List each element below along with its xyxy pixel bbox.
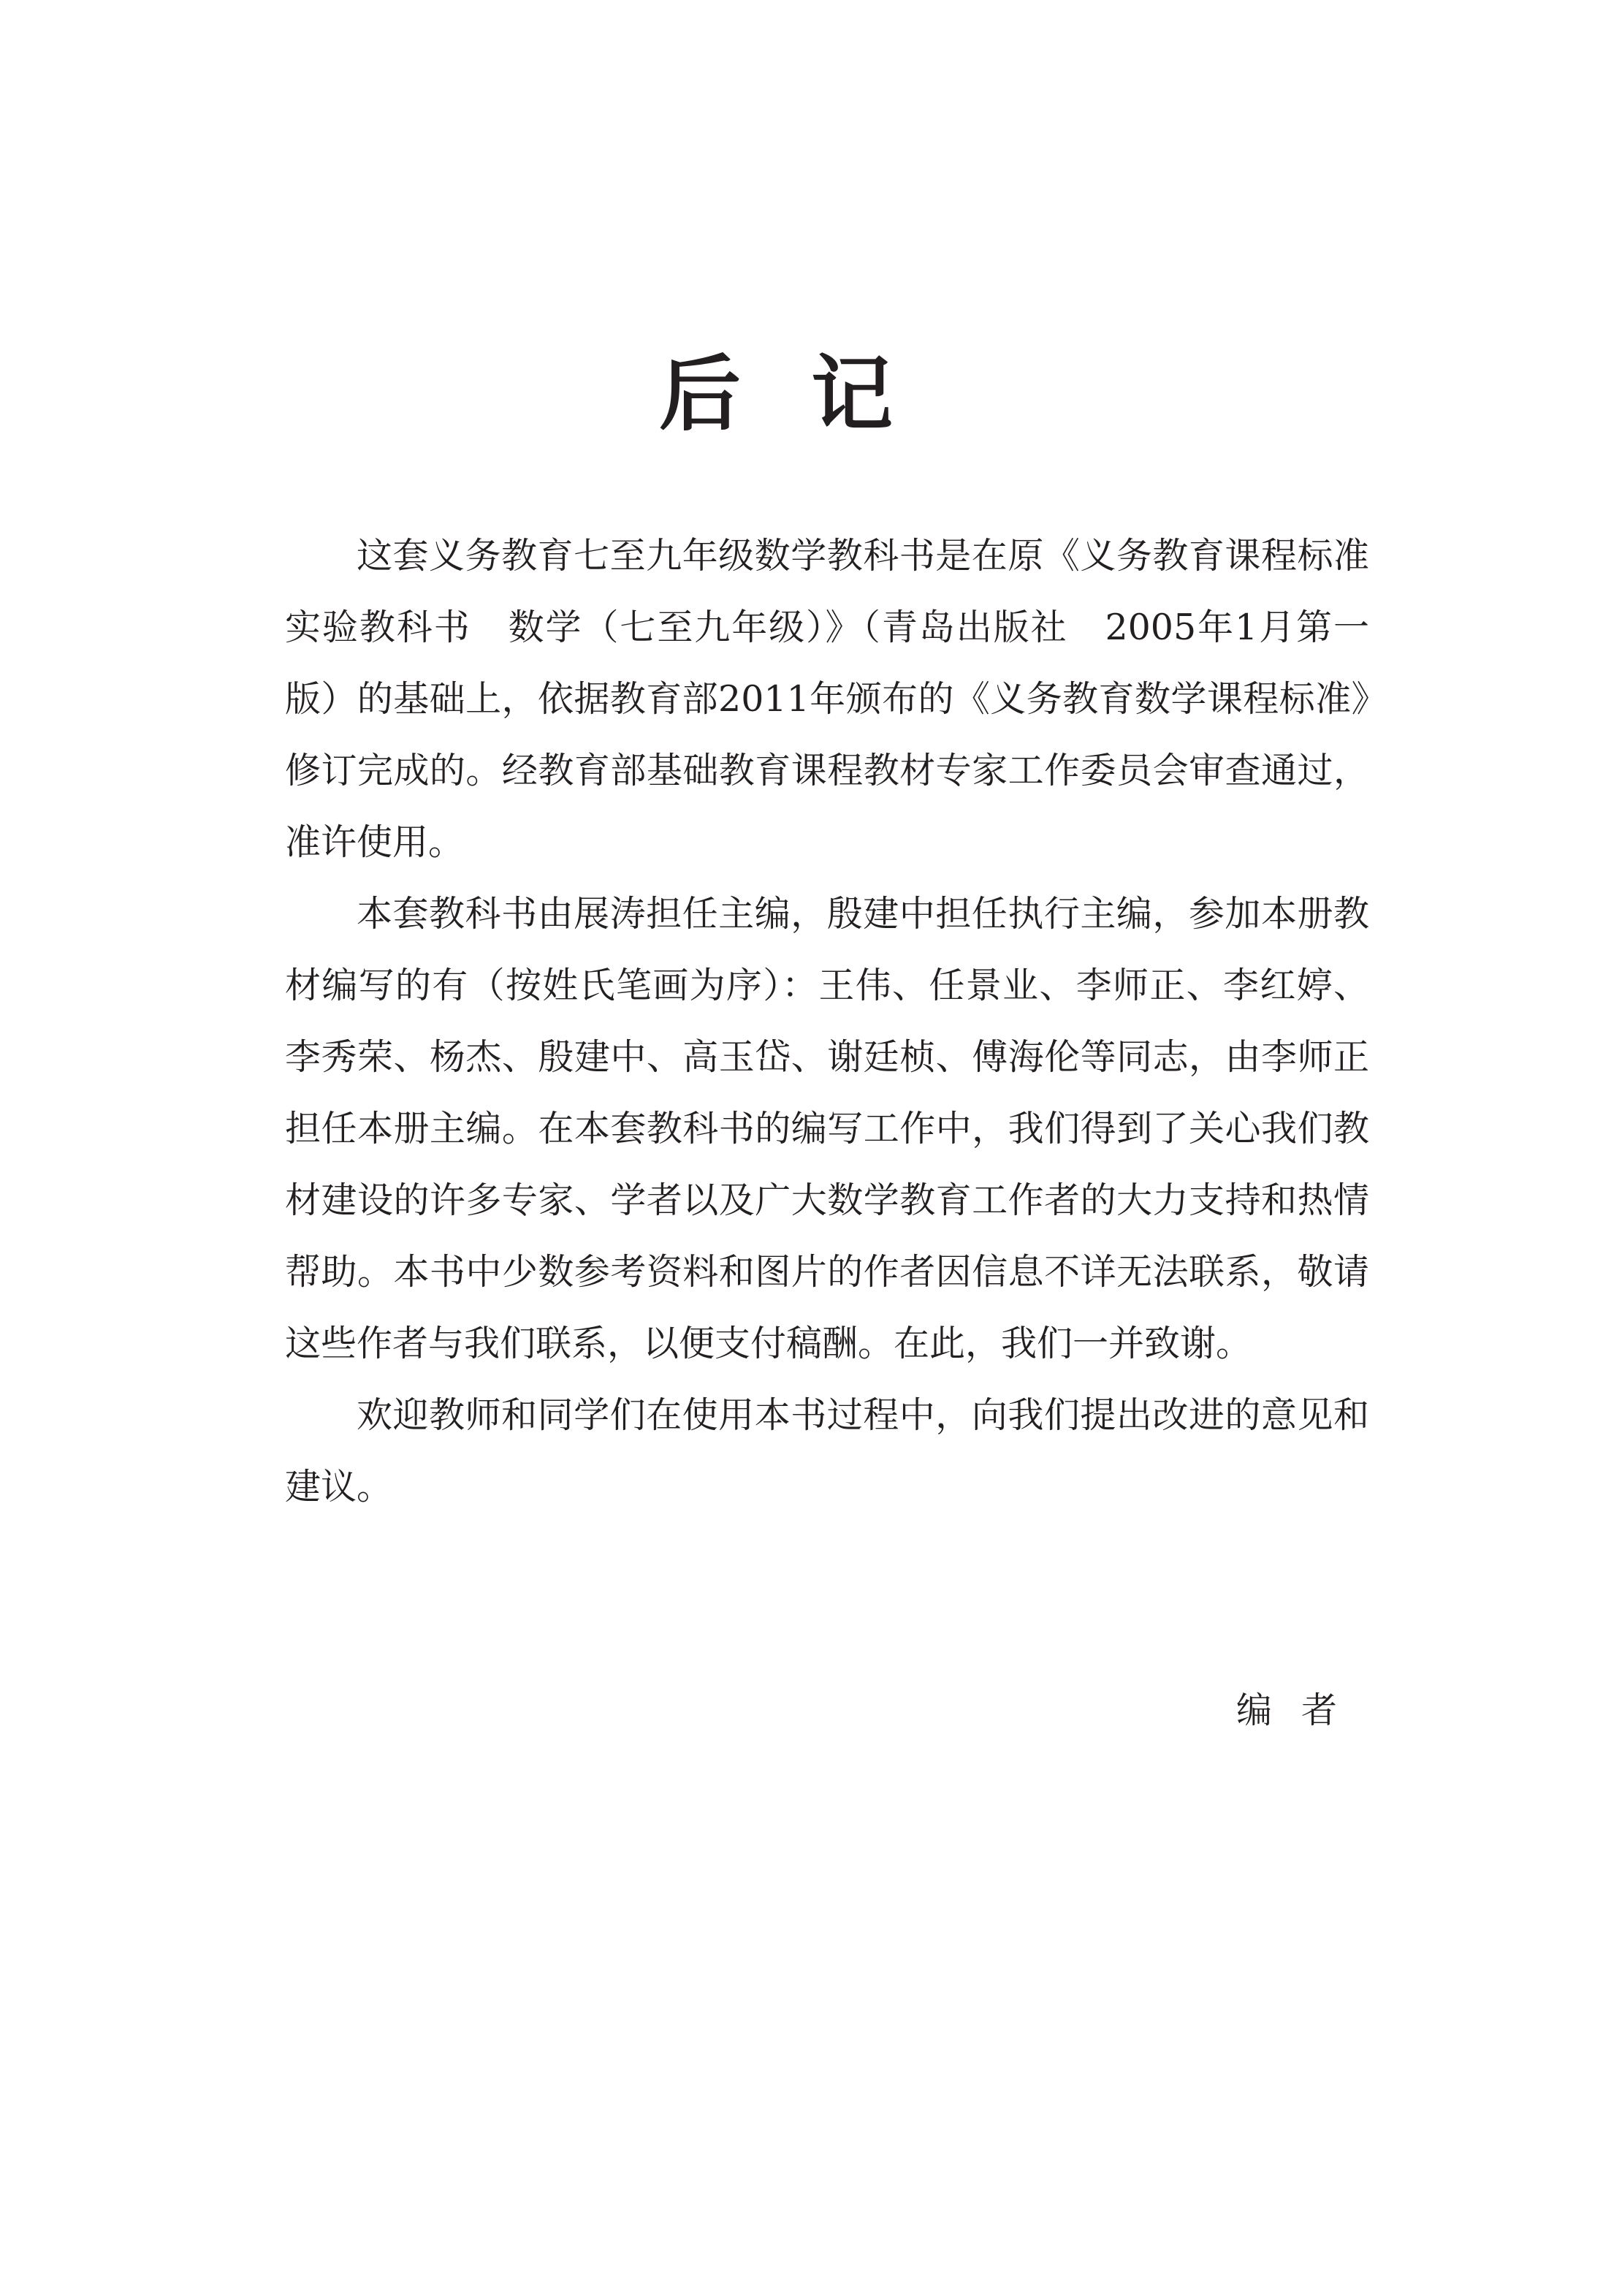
signature: 编者 <box>1236 1675 1366 1746</box>
page-title: 后记 <box>0 343 1622 446</box>
paragraph-2: 本套教科书由展涛担任主编，殷建中担任执行主编，参加本册教材编写的有（按姓氏笔画为… <box>285 878 1369 1380</box>
paragraph-1: 这套义务教育七至九年级数学教科书是在原《义务教育课程标准实验教科书 数学（七至九… <box>285 520 1369 878</box>
paragraph-3: 欢迎教师和同学们在使用本书过程中，向我们提出改进的意见和建议。 <box>285 1380 1369 1523</box>
body-text: 这套义务教育七至九年级数学教科书是在原《义务教育课程标准实验教科书 数学（七至九… <box>285 520 1369 1523</box>
